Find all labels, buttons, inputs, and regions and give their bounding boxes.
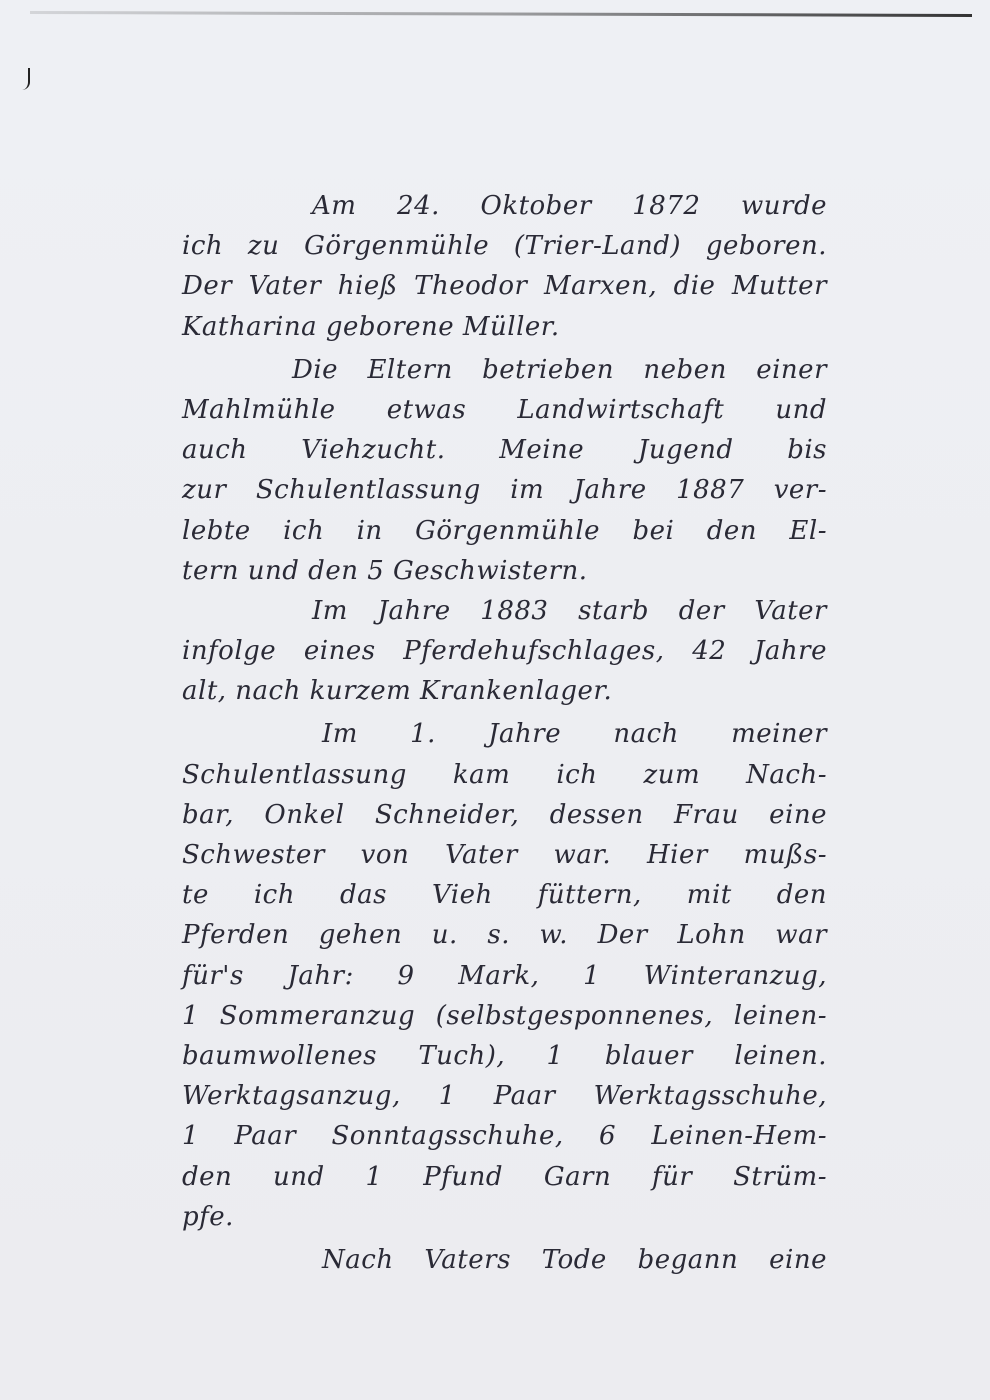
text-line: Katharina geborene Müller. xyxy=(182,307,827,347)
text-line: lebte ich in Görgenmühle bei den El- xyxy=(182,511,827,551)
text-line: Im Jahre 1883 starb der Vater xyxy=(182,591,827,631)
scanned-page: Am 24. Oktober 1872 wurde ich zu Görgenm… xyxy=(0,0,990,1400)
text-line: bar, Onkel Schneider, dessen Frau eine xyxy=(182,795,827,835)
handwritten-text: Am 24. Oktober 1872 wurde ich zu Görgenm… xyxy=(182,186,827,1280)
text-line: ich zu Görgenmühle (Trier-Land) geboren. xyxy=(182,226,827,266)
text-line: für's Jahr: 9 Mark, 1 Winteranzug, xyxy=(182,956,827,996)
text-line: Im 1. Jahre nach meiner xyxy=(182,714,827,754)
text-line: Die Eltern betrieben neben einer xyxy=(182,350,827,390)
text-line: Nach Vaters Tode begann eine xyxy=(182,1240,827,1280)
text-line: Schulentlassung kam ich zum Nach- xyxy=(182,755,827,795)
text-line: baumwollenes Tuch), 1 blauer leinen. xyxy=(182,1036,827,1076)
text-line: Am 24. Oktober 1872 wurde xyxy=(182,186,827,226)
text-line: tern und den 5 Geschwistern. xyxy=(182,551,827,591)
text-line: alt, nach kurzem Krankenlager. xyxy=(182,671,827,711)
text-line: Mahlmühle etwas Landwirtschaft und xyxy=(182,390,827,430)
text-line: zur Schulentlassung im Jahre 1887 ver- xyxy=(182,470,827,510)
text-line: 1 Paar Sonntagsschuhe, 6 Leinen-Hem- xyxy=(182,1116,827,1156)
text-line: te ich das Vieh füttern, mit den xyxy=(182,875,827,915)
text-line: Schwester von Vater war. Hier mußs- xyxy=(182,835,827,875)
text-line: auch Viehzucht. Meine Jugend bis xyxy=(182,430,827,470)
text-line: pfe. xyxy=(182,1197,827,1237)
text-line: Pferden gehen u. s. w. Der Lohn war xyxy=(182,915,827,955)
margin-mark xyxy=(22,68,30,90)
scan-edge-line xyxy=(30,11,972,17)
text-line: 1 Sommeranzug (selbstgesponnenes, leinen… xyxy=(182,996,827,1036)
text-line: den und 1 Pfund Garn für Strüm- xyxy=(182,1157,827,1197)
text-line: Der Vater hieß Theodor Marxen, die Mutte… xyxy=(182,266,827,306)
text-line: Werktagsanzug, 1 Paar Werktagsschuhe, xyxy=(182,1076,827,1116)
text-line: infolge eines Pferdehufschlages, 42 Jahr… xyxy=(182,631,827,671)
